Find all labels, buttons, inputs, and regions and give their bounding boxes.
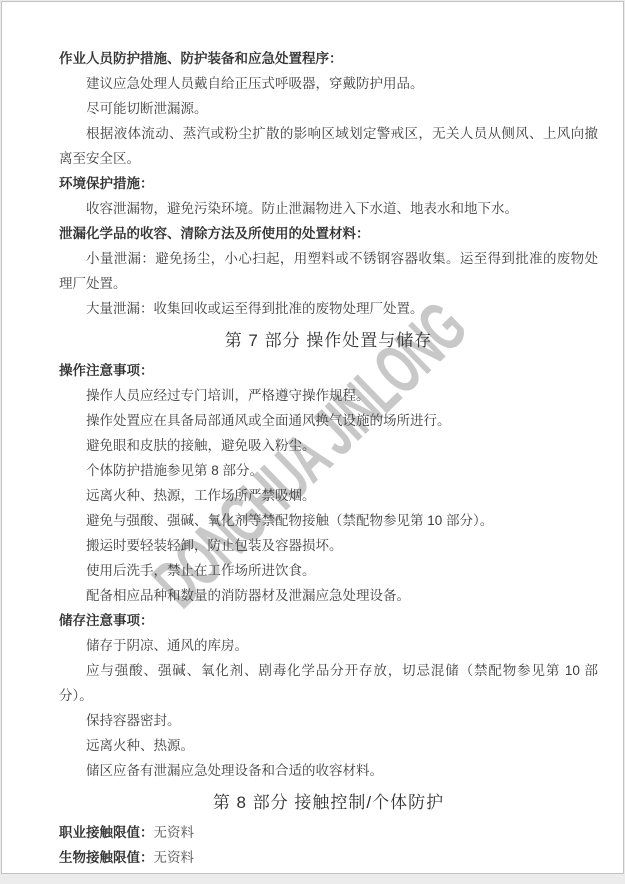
section-title: 第 8 部分 接触控制/个体防护 bbox=[59, 789, 598, 816]
paragraph: 储存于阴凉、通风的库房。 bbox=[59, 633, 598, 658]
section-title: 第 7 部分 操作处置与储存 bbox=[59, 327, 598, 354]
paragraph: 储区应备有泄漏应急处理设备和合适的收容材料。 bbox=[59, 758, 598, 783]
paragraph: 收容泄漏物，避免污染环境。防止泄漏物进入下水道、地表水和地下水。 bbox=[59, 196, 598, 221]
subsection-heading: 储存注意事项： bbox=[59, 608, 598, 633]
document-body: 作业人员防护措施、防护装备和应急处置程序：建议应急处理人员戴自给正压式呼吸器，穿… bbox=[2, 2, 623, 870]
paragraph: 小量泄漏：避免扬尘，小心扫起，用塑料或不锈钢容器收集。运至得到批准的废物处理厂处… bbox=[59, 246, 598, 296]
paragraph: 应与强酸、强碱、氧化剂、剧毒化学品分开存放，切忌混储（禁配物参见第 10 部分）… bbox=[59, 658, 598, 708]
subsection-heading: 环境保护措施： bbox=[59, 171, 598, 196]
page-background: DONGHUA JINLONG 作业人员防护措施、防护装备和应急处置程序：建议应… bbox=[0, 0, 625, 884]
paragraph: 大量泄漏：收集回收或运至得到批准的废物处理厂处置。 bbox=[59, 296, 598, 321]
paragraph: 尽可能切断泄漏源。 bbox=[59, 96, 598, 121]
paragraph: 操作处置应在具备局部通风或全面通风换气设施的场所进行。 bbox=[59, 408, 598, 433]
paragraph: 使用后洗手，禁止在工作场所进饮食。 bbox=[59, 558, 598, 583]
paragraph: 个体防护措施参见第 8 部分。 bbox=[59, 458, 598, 483]
field-value: 无资料 bbox=[154, 825, 195, 840]
field-row: 职业接触限值：无资料 bbox=[59, 820, 598, 845]
subsection-heading: 操作注意事项： bbox=[59, 358, 598, 383]
field-row: 生物接触限值：无资料 bbox=[59, 845, 598, 870]
paragraph: 根据液体流动、蒸汽或粉尘扩散的影响区域划定警戒区，无关人员从侧风、上风向撤离至安… bbox=[59, 121, 598, 171]
paragraph: 操作人员应经过专门培训，严格遵守操作规程。 bbox=[59, 383, 598, 408]
paragraph: 远离火种、热源，工作场所严禁吸烟。 bbox=[59, 483, 598, 508]
field-label: 职业接触限值： bbox=[59, 825, 154, 840]
paragraph: 远离火种、热源。 bbox=[59, 733, 598, 758]
paragraph: 避免与强酸、强碱、氧化剂等禁配物接触（禁配物参见第 10 部分）。 bbox=[59, 508, 598, 533]
subsection-heading: 作业人员防护措施、防护装备和应急处置程序： bbox=[59, 46, 598, 71]
paragraph: 搬运时要轻装轻卸，防止包装及容器损坏。 bbox=[59, 533, 598, 558]
subsection-heading: 泄漏化学品的收容、清除方法及所使用的处置材料： bbox=[59, 221, 598, 246]
document-page: DONGHUA JINLONG 作业人员防护措施、防护装备和应急处置程序：建议应… bbox=[1, 1, 624, 874]
field-value: 无资料 bbox=[154, 850, 195, 865]
paragraph: 保持容器密封。 bbox=[59, 708, 598, 733]
paragraph: 避免眼和皮肤的接触，避免吸入粉尘。 bbox=[59, 433, 598, 458]
paragraph: 建议应急处理人员戴自给正压式呼吸器，穿戴防护用品。 bbox=[59, 71, 598, 96]
field-label: 生物接触限值： bbox=[59, 850, 154, 865]
paragraph: 配备相应品种和数量的消防器材及泄漏应急处理设备。 bbox=[59, 583, 598, 608]
